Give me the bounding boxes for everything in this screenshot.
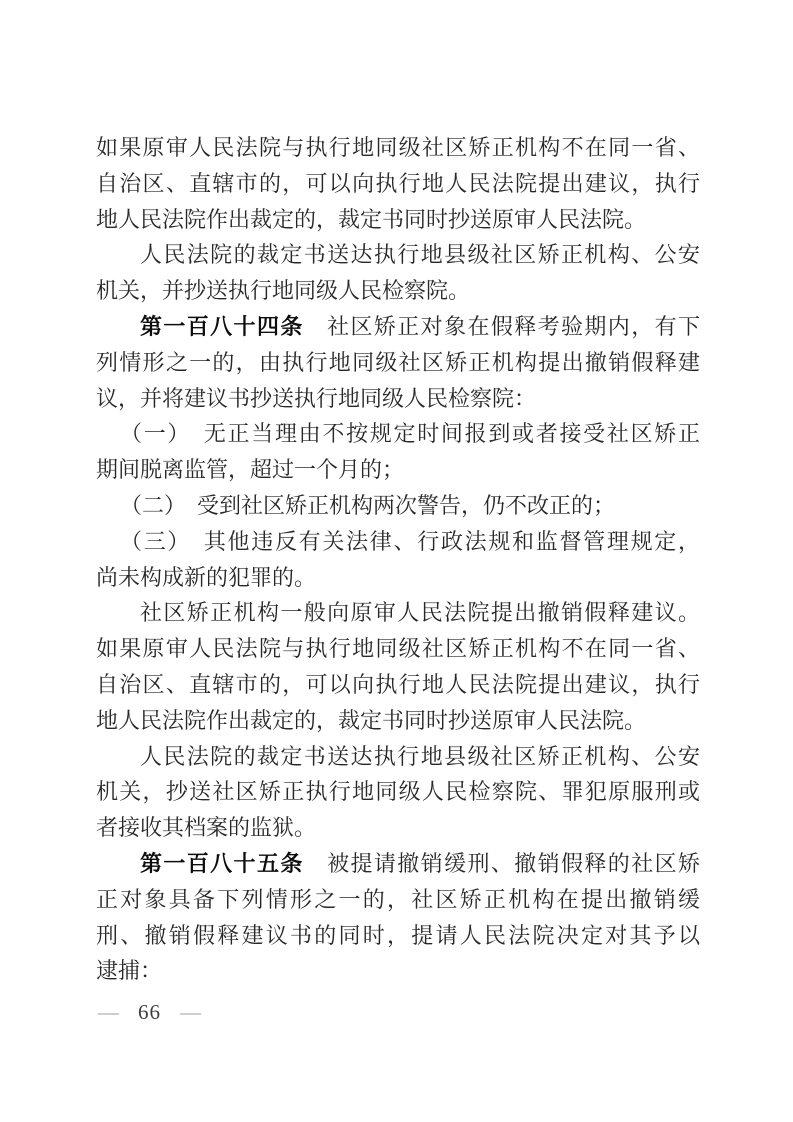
page-number-dash-left: — xyxy=(98,1000,119,1024)
page-number-value: 66 xyxy=(138,1000,161,1024)
text-line: 地人民法院作出裁定的，裁定书同时抄送原审人民法院。 xyxy=(96,703,700,739)
text-segment: 尚未构成新的犯罪的。 xyxy=(96,565,316,590)
text-segment: 刑、撤销假释建议书的同时，提请人民法院决定对其予以 xyxy=(96,923,700,948)
text-segment: 机关，并抄送执行地同级人民检察院。 xyxy=(96,278,470,303)
text-line: 地人民法院作出裁定的，裁定书同时抄送原审人民法院。 xyxy=(96,202,700,238)
text-segment: 议，并将建议书抄送执行地同级人民检察院： xyxy=(96,386,536,411)
text-segment: 列情形之一的，由执行地同级社区矫正机构提出撤销假释建 xyxy=(96,350,700,375)
text-line: 尚未构成新的犯罪的。 xyxy=(96,560,700,596)
article-number: 第一百八十五条 xyxy=(140,851,304,876)
text-segment: 被提请撤销缓刑、撤销假释的社区矫 xyxy=(304,851,700,876)
text-segment: 社区矫正机构一般向原审人民法院提出撤销假释建议。 xyxy=(140,600,700,625)
text-segment: 社区矫正对象在假释考验期内，有下 xyxy=(304,314,700,339)
text-segment: 者接收其档案的监狱。 xyxy=(96,815,316,840)
text-line: （三） 其他违反有关法律、行政法规和监督管理规定， xyxy=(96,524,700,560)
text-line: 刑、撤销假释建议书的同时，提请人民法院决定对其予以 xyxy=(96,918,700,954)
text-line: （二） 受到社区矫正机构两次警告，仍不改正的； xyxy=(96,488,700,524)
page-number: —66— xyxy=(98,997,201,1027)
text-line: 如果原审人民法院与执行地同级社区矫正机构不在同一省、 xyxy=(96,631,700,667)
text-line: 机关，并抄送执行地同级人民检察院。 xyxy=(96,273,700,309)
text-segment: 地人民法院作出裁定的，裁定书同时抄送原审人民法院。 xyxy=(96,207,646,232)
text-line: 逮捕： xyxy=(96,953,700,989)
text-segment: 自治区、直辖市的，可以向执行地人民法院提出建议，执行 xyxy=(96,171,700,196)
text-segment: （一） 无正当理由不按规定时间报到或者接受社区矫正 xyxy=(120,421,700,446)
text-segment: 地人民法院作出裁定的，裁定书同时抄送原审人民法院。 xyxy=(96,708,646,733)
text-line: 人民法院的裁定书送达执行地县级社区矫正机构、公安 xyxy=(96,237,700,273)
text-segment: 正对象具备下列情形之一的，社区矫正机构在提出撤销缓 xyxy=(96,887,700,912)
page-number-dash-right: — xyxy=(180,1000,201,1024)
text-segment: 如果原审人民法院与执行地同级社区矫正机构不在同一省、 xyxy=(96,135,700,160)
text-segment: 如果原审人民法院与执行地同级社区矫正机构不在同一省、 xyxy=(96,636,700,661)
document-page: 如果原审人民法院与执行地同级社区矫正机构不在同一省、自治区、直辖市的，可以向执行… xyxy=(0,0,793,1122)
text-segment: 人民法院的裁定书送达执行地县级社区矫正机构、公安 xyxy=(140,744,700,769)
text-segment: 逮捕： xyxy=(96,958,162,983)
article-number: 第一百八十四条 xyxy=(140,314,304,339)
text-line: 期间脱离监管，超过一个月的； xyxy=(96,452,700,488)
text-line: 议，并将建议书抄送执行地同级人民检察院： xyxy=(96,381,700,417)
text-segment: 自治区、直辖市的，可以向执行地人民法院提出建议，执行 xyxy=(96,672,700,697)
document-body: 如果原审人民法院与执行地同级社区矫正机构不在同一省、自治区、直辖市的，可以向执行… xyxy=(96,130,700,989)
text-line: 正对象具备下列情形之一的，社区矫正机构在提出撤销缓 xyxy=(96,882,700,918)
text-segment: （二） 受到社区矫正机构两次警告，仍不改正的； xyxy=(120,493,615,518)
text-line: 者接收其档案的监狱。 xyxy=(96,810,700,846)
text-line: 列情形之一的，由执行地同级社区矫正机构提出撤销假释建 xyxy=(96,345,700,381)
text-line: 第一百八十四条 社区矫正对象在假释考验期内，有下 xyxy=(96,309,700,345)
text-segment: 机关，抄送社区矫正执行地同级人民检察院、罪犯原服刑或 xyxy=(96,779,700,804)
text-segment: 人民法院的裁定书送达执行地县级社区矫正机构、公安 xyxy=(140,242,700,267)
text-line: 自治区、直辖市的，可以向执行地人民法院提出建议，执行 xyxy=(96,667,700,703)
text-line: 第一百八十五条 被提请撤销缓刑、撤销假释的社区矫 xyxy=(96,846,700,882)
text-segment: （三） 其他违反有关法律、行政法规和监督管理规定， xyxy=(120,529,700,554)
text-line: 机关，抄送社区矫正执行地同级人民检察院、罪犯原服刑或 xyxy=(96,774,700,810)
text-line: 如果原审人民法院与执行地同级社区矫正机构不在同一省、 xyxy=(96,130,700,166)
text-line: 自治区、直辖市的，可以向执行地人民法院提出建议，执行 xyxy=(96,166,700,202)
text-line: （一） 无正当理由不按规定时间报到或者接受社区矫正 xyxy=(96,416,700,452)
text-line: 社区矫正机构一般向原审人民法院提出撤销假释建议。 xyxy=(96,595,700,631)
text-segment: 期间脱离监管，超过一个月的； xyxy=(96,457,404,482)
text-line: 人民法院的裁定书送达执行地县级社区矫正机构、公安 xyxy=(96,739,700,775)
